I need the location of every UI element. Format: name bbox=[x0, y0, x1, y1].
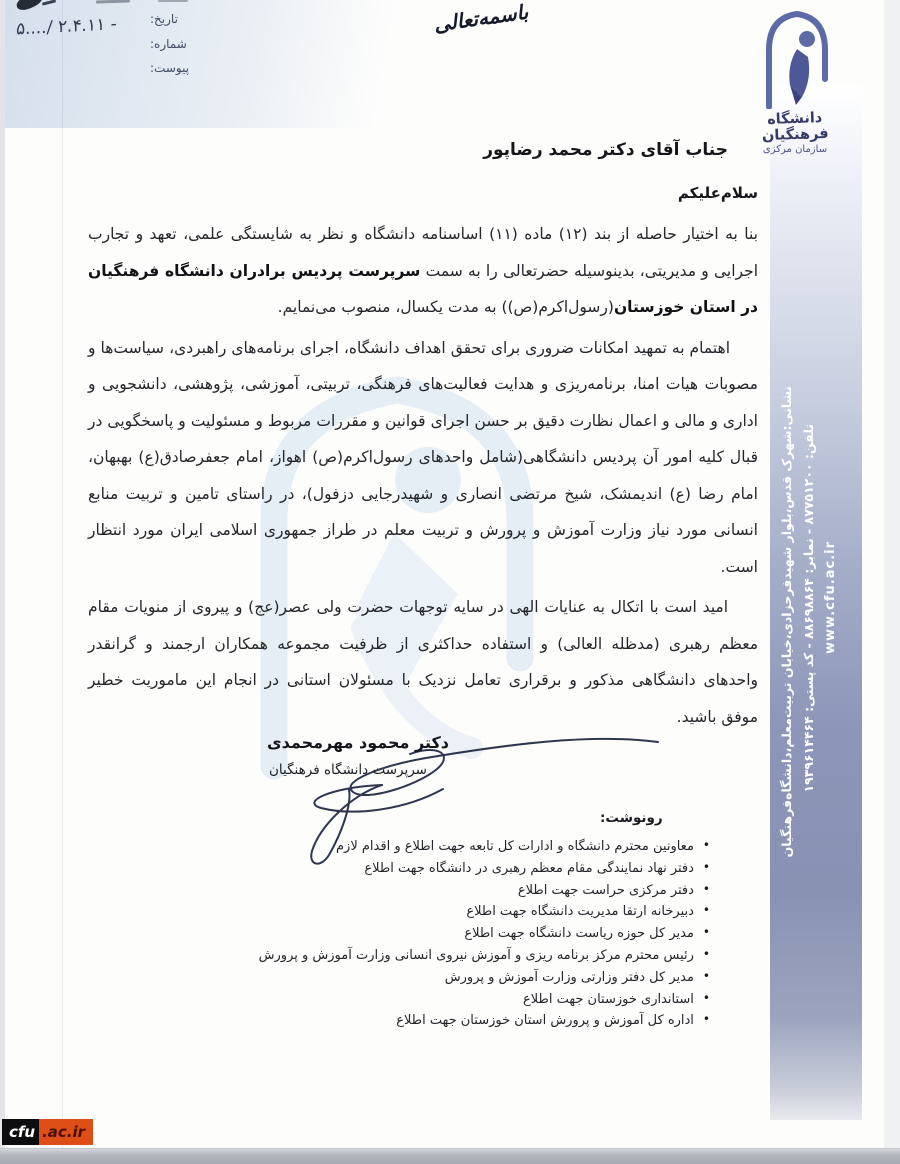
signer-title: سرپرست دانشگاه فرهنگیان bbox=[238, 762, 458, 778]
cc-item: معاونین محترم دانشگاه و ادارات کل تابعه … bbox=[120, 836, 710, 858]
university-logo: دانشگاه فرهنگیان سازمان مرکزی bbox=[733, 5, 857, 155]
site-badge-orange: .ac.ir bbox=[39, 1119, 93, 1145]
paragraph-wishes: امید است با اتکال به عنایات الهی در سایه… bbox=[88, 589, 758, 735]
cc-item: دبیرخانه ارتقا مدیریت دانشگاه جهت اطلاع bbox=[120, 901, 710, 923]
greeting: سلام‌علیکم bbox=[88, 184, 758, 202]
paragraph-duties: اهتمام به تمهید امکانات ضروری برای تحقق … bbox=[88, 330, 758, 586]
scan-edge-bottom bbox=[0, 1148, 900, 1164]
cc-item: دفتر نهاد نمایندگی مقام معظم رهبری در دا… bbox=[120, 858, 710, 880]
cc-item: مدیر کل دفتر وزارتی وزارت آموزش و پرورش bbox=[120, 967, 710, 989]
paragraph1-post: (رسول‌اکرم(ص)) به مدت یکسال، منصوب می‌نم… bbox=[278, 298, 614, 316]
letter-body: جناب آقای دکتر محمد رضاپور سلام‌علیکم بن… bbox=[88, 140, 758, 735]
phone-fax-postal-line: تلفن: ۸۷۷۵۱۲۰۰ - نمابر: ۸۸۶۹۸۸۶۴ - کد پس… bbox=[798, 86, 820, 1120]
website-url: www.cfu.ac.ir bbox=[820, 86, 842, 1120]
address-line: نشانی:شهرک قدس،بلوار شهیدفرحزادی،خیابان … bbox=[770, 86, 798, 1120]
scan-edge-left bbox=[0, 0, 5, 1164]
university-logo-emblem bbox=[752, 5, 838, 109]
scan-mark bbox=[158, 0, 188, 2]
scan-edge-right bbox=[884, 0, 900, 1164]
number-label: شماره: bbox=[150, 32, 242, 57]
cc-label: رونوشت: bbox=[600, 810, 700, 826]
cc-list: معاونین محترم دانشگاه و ادارات کل تابعه … bbox=[120, 836, 710, 1032]
cfu-site-badge: cfu .ac.ir bbox=[2, 1119, 93, 1145]
signer-name: دکتر محمود مهرمحمدی bbox=[243, 733, 473, 752]
cc-item: استانداری خوزستان جهت اطلاع bbox=[120, 989, 710, 1011]
cc-item: دفتر مرکزی حراست جهت اطلاع bbox=[120, 880, 710, 902]
paragraph-appointment: بنا به اختیار حاصله از بند (۱۲) ماده (۱۱… bbox=[88, 216, 758, 326]
site-badge-black: cfu bbox=[2, 1119, 39, 1145]
cc-item: مدیر کل حوزه ریاست دانشگاه جهت اطلاع bbox=[120, 923, 710, 945]
scanned-letter-page: { "letterhead": { "date_label": "تاریخ:"… bbox=[0, 0, 900, 1164]
attachment-label: پیوست: bbox=[150, 56, 242, 81]
cc-item: رئیس محترم مرکز برنامه ریزی و آموزش نیرو… bbox=[120, 945, 710, 967]
recipient-name: جناب آقای دکتر محمد رضاپور bbox=[88, 140, 758, 170]
sidebar-contact-info: نشانی:شهرک قدس،بلوار شهیدفرحزادی،خیابان … bbox=[770, 86, 862, 1120]
fold-crease bbox=[62, 0, 63, 1150]
cc-item: اداره کل آموزش و پرورش استان خوزستان جهت… bbox=[120, 1010, 710, 1032]
